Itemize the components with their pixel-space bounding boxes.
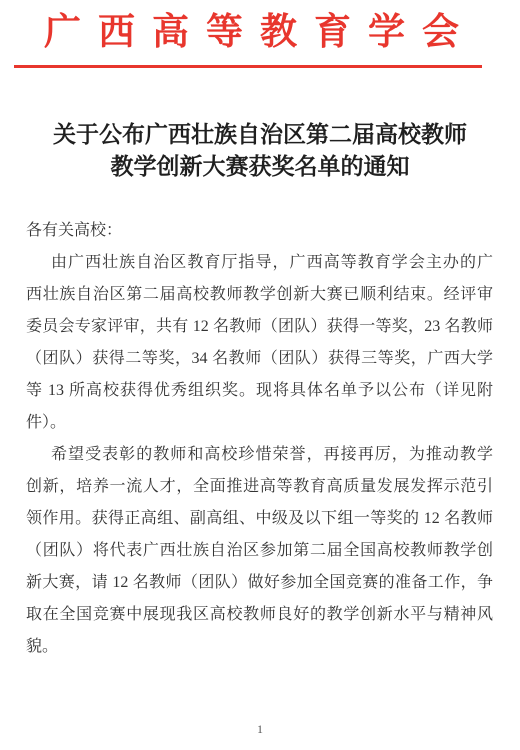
body-line: 取在全国竞赛中展现我区高校教师良好的教学创新水平与精神风 — [26, 599, 493, 631]
body-line: 新大赛，请 12 名教师（团队）做好参加全国竞赛的准备工作，争 — [26, 567, 493, 599]
body-line: 创新，培养一流人才，全面推进高等教育高质量发展发挥示范引 — [26, 471, 493, 503]
body-line: 件）。 — [26, 407, 493, 439]
notice-page: 广西高等教育学会 关于公布广西壮族自治区第二届高校教师 教学创新大赛获奖名单的通… — [0, 0, 520, 750]
notice-body: 各有关高校： 由广西壮族自治区教育厅指导，广西高等教育学会主办的广 西壮族自治区… — [26, 215, 493, 663]
body-line: 委员会专家评审，共有 12 名教师（团队）获得一等奖，23 名教师 — [26, 311, 493, 343]
body-line: 由广西壮族自治区教育厅指导，广西高等教育学会主办的广 — [26, 247, 493, 279]
notice-title: 关于公布广西壮族自治区第二届高校教师 教学创新大赛获奖名单的通知 — [0, 118, 520, 182]
notice-title-line1: 关于公布广西壮族自治区第二届高校教师 — [0, 118, 520, 150]
letterhead-org-name: 广西高等教育学会 — [0, 8, 520, 56]
body-line: 西壮族自治区第二届高校教师教学创新大赛已顺利结束。经评审 — [26, 279, 493, 311]
body-line: 貌。 — [26, 631, 493, 663]
page-number: 1 — [0, 722, 520, 737]
body-line: 希望受表彰的教师和高校珍惜荣誉，再接再厉，为推动教学 — [26, 439, 493, 471]
body-line: （团队）将代表广西壮族自治区参加第二届全国高校教师教学创 — [26, 535, 493, 567]
body-line: 领作用。获得正高组、副高组、中级及以下组一等奖的 12 名教师 — [26, 503, 493, 535]
salutation: 各有关高校： — [26, 215, 493, 247]
body-line: 等 13 所高校获得优秀组织奖。现将具体名单予以公布（详见附 — [26, 375, 493, 407]
body-line: （团队）获得二等奖，34 名教师（团队）获得三等奖，广西大学 — [26, 343, 493, 375]
notice-title-line2: 教学创新大赛获奖名单的通知 — [0, 150, 520, 182]
letterhead-divider-rule — [14, 65, 482, 68]
